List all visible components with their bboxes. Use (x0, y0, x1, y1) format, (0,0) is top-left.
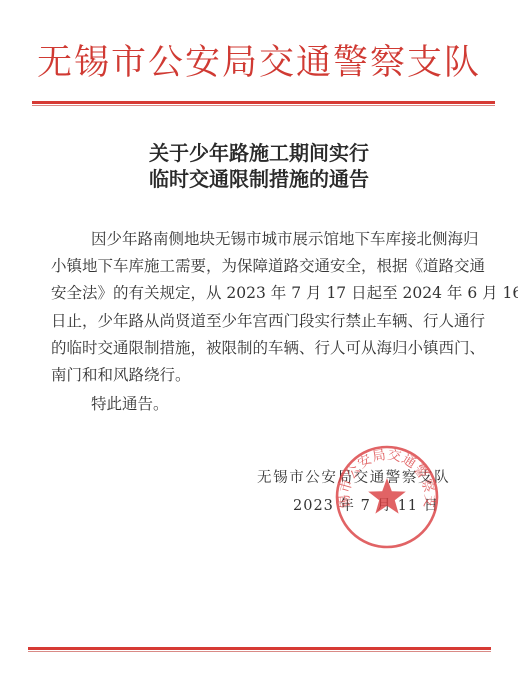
letterhead-divider (32, 101, 495, 105)
footer-divider-thick-line (28, 647, 491, 650)
notice-title-line-1: 关于少年路施工期间实行 (0, 140, 518, 166)
signature-date: 2023 年 7 月 11 日 (293, 496, 439, 516)
signature-organization: 无锡市公安局交通警察支队 (257, 468, 450, 488)
body-line-6: 南门和和风路绕行。 (51, 362, 476, 389)
footer-divider-thin-line (28, 651, 491, 652)
body-line-3: 安全法》的有关规定，从 2023 年 7 月 17 日起至 2024 年 6 月… (51, 280, 476, 307)
notice-body: 因少年路南侧地块无锡市城市展示馆地下车库接北侧海归 小镇地下车库施工需要，为保障… (51, 226, 476, 389)
body-line-4: 日止，少年路从尚贤道至少年宫西门段实行禁止车辆、行人通行 (51, 308, 476, 335)
agency-letterhead-title: 无锡市公安局交通警察支队 (0, 42, 518, 84)
footer-divider (28, 647, 491, 651)
closing-statement: 特此通告。 (91, 391, 169, 418)
divider-thick-line (32, 101, 495, 104)
body-line-5: 的临时交通限制措施，被限制的车辆、行人可从海归小镇西门、 (51, 335, 476, 362)
body-line-2: 小镇地下车库施工需要，为保障道路交通安全，根据《道路交通 (51, 253, 476, 280)
notice-title-line-2: 临时交通限制措施的通告 (0, 166, 518, 192)
notice-title: 关于少年路施工期间实行 临时交通限制措施的通告 (0, 140, 518, 192)
body-line-1: 因少年路南侧地块无锡市城市展示馆地下车库接北侧海归 (51, 226, 476, 253)
divider-thin-line (32, 105, 495, 106)
